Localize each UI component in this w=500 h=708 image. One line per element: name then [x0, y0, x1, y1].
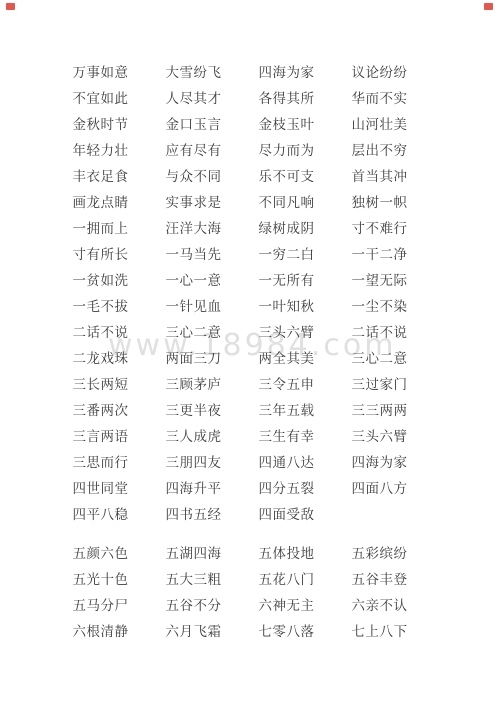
- idiom-text: 四分五裂: [240, 482, 333, 496]
- idiom-text: 四世同堂: [54, 482, 147, 496]
- idiom-text: 金枝玉叶: [240, 118, 333, 132]
- idiom-row: 年轻力壮应有尽有尽力而为层出不穷: [54, 138, 426, 164]
- idiom-text: 一针见血: [147, 300, 240, 314]
- idiom-text: 三朋四友: [147, 456, 240, 470]
- idiom-row: 二话不说三心二意三头六臂二话不说: [54, 320, 426, 346]
- idiom-text: 四通八达: [240, 456, 333, 470]
- idiom-text: 两全其美: [240, 352, 333, 366]
- idiom-row: 三言两语三人成虎三生有幸三头六臂: [54, 424, 426, 450]
- idiom-row: 画龙点睛实事求是不同凡响独树一帜: [54, 190, 426, 216]
- idiom-text: 五马分尸: [54, 599, 147, 613]
- idiom-row: 万事如意大雪纷飞四海为家议论纷纷: [54, 60, 426, 86]
- idiom-text: 一尘不染: [333, 300, 426, 314]
- idiom-row: 丰衣足食与众不同乐不可支首当其冲: [54, 164, 426, 190]
- idiom-text: 三三两两: [333, 404, 426, 418]
- idiom-text: 层出不穷: [333, 144, 426, 158]
- idiom-text: 三顾茅庐: [147, 378, 240, 392]
- idiom-row: 三番两次三更半夜三年五载三三两两: [54, 398, 426, 424]
- idiom-row: 一毛不拔一针见血一叶知秋一尘不染: [54, 294, 426, 320]
- idiom-text: 四海升平: [147, 482, 240, 496]
- idiom-text: 四平八稳: [54, 508, 147, 522]
- idiom-text: 六亲不认: [333, 599, 426, 613]
- idiom-text: 七零八落: [240, 625, 333, 639]
- corner-mark-right: [484, 3, 493, 10]
- idiom-text: 大雪纷飞: [147, 66, 240, 80]
- idiom-text: 三更半夜: [147, 404, 240, 418]
- idiom-text: 一望无际: [333, 274, 426, 288]
- idiom-row: 五颜六色五湖四海五体投地五彩缤纷: [54, 541, 426, 567]
- idiom-row: 一贫如洗一心一意一无所有一望无际: [54, 268, 426, 294]
- idiom-text: 六神无主: [240, 599, 333, 613]
- idiom-text: 应有尽有: [147, 144, 240, 158]
- idiom-text: 五谷丰登: [333, 573, 426, 587]
- idiom-row: 不宜如此人尽其才各得其所华而不实: [54, 86, 426, 112]
- idiom-text: 绿树成阴: [240, 222, 333, 236]
- idiom-text: 三长两短: [54, 378, 147, 392]
- idiom-text: 不宜如此: [54, 92, 147, 106]
- idiom-text: 五谷不分: [147, 599, 240, 613]
- idiom-text: 三过家门: [333, 378, 426, 392]
- idiom-text: 金秋时节: [54, 118, 147, 132]
- idiom-text: 一干二净: [333, 248, 426, 262]
- idiom-text: 一拥而上: [54, 222, 147, 236]
- idiom-text: 三头六臂: [333, 430, 426, 444]
- idiom-grid: 万事如意大雪纷飞四海为家议论纷纷不宜如此人尽其才各得其所华而不实金秋时节金口玉言…: [54, 60, 426, 645]
- idiom-text: 三心二意: [147, 326, 240, 340]
- idiom-text: 丰衣足食: [54, 170, 147, 184]
- idiom-row: 四世同堂四海升平四分五裂四面八方: [54, 476, 426, 502]
- idiom-text: 六月飞霜: [147, 625, 240, 639]
- idiom-section-2: 五颜六色五湖四海五体投地五彩缤纷五光十色五大三粗五花八门五谷丰登五马分尸五谷不分…: [54, 541, 426, 645]
- idiom-text: 四面八方: [333, 482, 426, 496]
- idiom-text: 五颜六色: [54, 547, 147, 561]
- corner-mark-left: [6, 3, 15, 10]
- idiom-text: 五花八门: [240, 573, 333, 587]
- idiom-text: 议论纷纷: [333, 66, 426, 80]
- idiom-text: 三令五申: [240, 378, 333, 392]
- idiom-text: 五光十色: [54, 573, 147, 587]
- idiom-text: 一贫如洗: [54, 274, 147, 288]
- idiom-text: 三番两次: [54, 404, 147, 418]
- idiom-text: 首当其冲: [333, 170, 426, 184]
- idiom-text: 五体投地: [240, 547, 333, 561]
- idiom-text: 两面三刀: [147, 352, 240, 366]
- idiom-text: 山河壮美: [333, 118, 426, 132]
- idiom-row: 金秋时节金口玉言金枝玉叶山河壮美: [54, 112, 426, 138]
- idiom-text: 独树一帜: [333, 196, 426, 210]
- idiom-text: 与众不同: [147, 170, 240, 184]
- idiom-text: 三心二意: [333, 352, 426, 366]
- idiom-text: 人尽其才: [147, 92, 240, 106]
- idiom-text: 三言两语: [54, 430, 147, 444]
- idiom-row: 三思而行三朋四友四通八达四海为家: [54, 450, 426, 476]
- idiom-text: 一心一意: [147, 274, 240, 288]
- idiom-text: 年轻力壮: [54, 144, 147, 158]
- idiom-text: 实事求是: [147, 196, 240, 210]
- idiom-text: 三头六臂: [240, 326, 333, 340]
- idiom-text: 一毛不拔: [54, 300, 147, 314]
- idiom-text: 万事如意: [54, 66, 147, 80]
- idiom-text: 三思而行: [54, 456, 147, 470]
- idiom-text: 三生有幸: [240, 430, 333, 444]
- idiom-text: 五大三粗: [147, 573, 240, 587]
- idiom-row: 一拥而上汪洋大海绿树成阴寸不难行: [54, 216, 426, 242]
- idiom-text: 七上八下: [333, 625, 426, 639]
- idiom-row: 四平八稳四书五经四面受敌: [54, 502, 426, 528]
- idiom-text: 五彩缤纷: [333, 547, 426, 561]
- idiom-row: 寸有所长一马当先一穷二白一干二净: [54, 242, 426, 268]
- idiom-section-1: 万事如意大雪纷飞四海为家议论纷纷不宜如此人尽其才各得其所华而不实金秋时节金口玉言…: [54, 60, 426, 528]
- idiom-text: 四海为家: [240, 66, 333, 80]
- idiom-text: 六根清静: [54, 625, 147, 639]
- idiom-text: 一穷二白: [240, 248, 333, 262]
- idiom-text: 二话不说: [333, 326, 426, 340]
- idiom-text: 各得其所: [240, 92, 333, 106]
- idiom-row: 三长两短三顾茅庐三令五申三过家门: [54, 372, 426, 398]
- idiom-text: 二话不说: [54, 326, 147, 340]
- idiom-text: 五湖四海: [147, 547, 240, 561]
- idiom-text: 四书五经: [147, 508, 240, 522]
- idiom-text: 不同凡响: [240, 196, 333, 210]
- idiom-text: 华而不实: [333, 92, 426, 106]
- idiom-row: 六根清静六月飞霜七零八落七上八下: [54, 619, 426, 645]
- idiom-text: 乐不可支: [240, 170, 333, 184]
- idiom-text: 二龙戏珠: [54, 352, 147, 366]
- idiom-text: 一叶知秋: [240, 300, 333, 314]
- idiom-text: 一马当先: [147, 248, 240, 262]
- idiom-text: 一无所有: [240, 274, 333, 288]
- idiom-text: 三年五载: [240, 404, 333, 418]
- idiom-text: 寸有所长: [54, 248, 147, 262]
- idiom-text: 四海为家: [333, 456, 426, 470]
- idiom-text: 四面受敌: [240, 508, 333, 522]
- idiom-text: 寸不难行: [333, 222, 426, 236]
- idiom-text: 画龙点睛: [54, 196, 147, 210]
- document-page: www.18984.com 万事如意大雪纷飞四海为家议论纷纷不宜如此人尽其才各得…: [0, 0, 500, 708]
- idiom-row: 五马分尸五谷不分六神无主六亲不认: [54, 593, 426, 619]
- idiom-row: 二龙戏珠两面三刀两全其美三心二意: [54, 346, 426, 372]
- idiom-text: 汪洋大海: [147, 222, 240, 236]
- idiom-row: 五光十色五大三粗五花八门五谷丰登: [54, 567, 426, 593]
- idiom-text: 三人成虎: [147, 430, 240, 444]
- idiom-text: 尽力而为: [240, 144, 333, 158]
- idiom-text: 金口玉言: [147, 118, 240, 132]
